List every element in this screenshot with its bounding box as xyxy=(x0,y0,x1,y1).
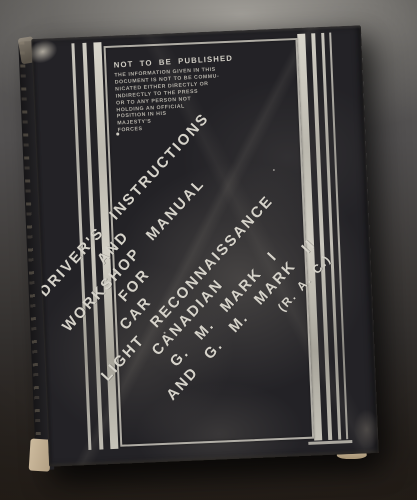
wear-speck xyxy=(164,332,166,334)
corner-wear-bottom-right xyxy=(353,409,379,450)
corner-wear-top-left xyxy=(31,36,60,67)
right-stripe-foot xyxy=(308,440,352,445)
book-cover: NOT TO BE PUBLISHED THE INFORMATION GIVE… xyxy=(31,25,379,466)
book: NOT TO BE PUBLISHED THE INFORMATION GIVE… xyxy=(31,25,379,466)
photo-backdrop: NOT TO BE PUBLISHED THE INFORMATION GIVE… xyxy=(0,0,417,500)
wear-speck xyxy=(273,169,275,171)
